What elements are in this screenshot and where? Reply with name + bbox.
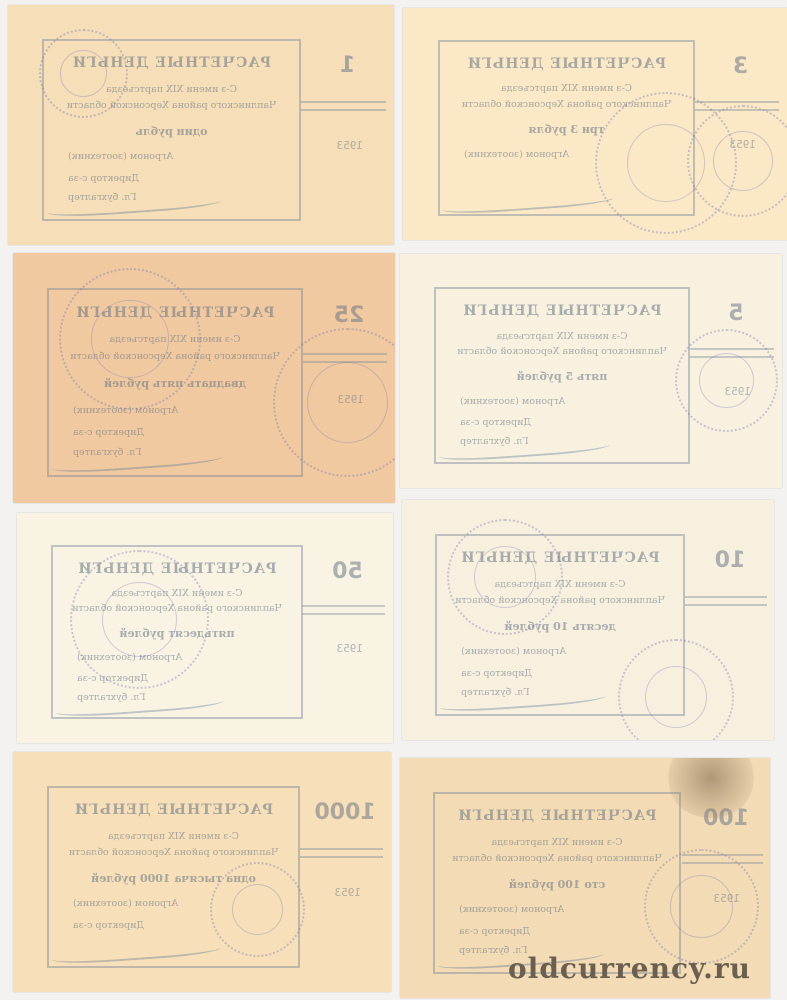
signature-line-1: Агроном (зоотехник) <box>49 405 301 416</box>
denomination-numeral: 1000 <box>307 800 383 825</box>
print-frame: РАСЧЕТНЫЕ ДЕНЬГИ С-з имени XIX партсъезд… <box>434 287 690 464</box>
round-stamp <box>687 105 787 217</box>
signature-line-1: Агроном (зоотехник) <box>44 151 299 162</box>
denomination-numeral: 10 <box>693 548 767 573</box>
signature-line-2: Директор с-за <box>435 926 679 937</box>
denomination-numeral: 1 <box>309 53 386 78</box>
issuer-line-2: Чаплинского района Херсонской области <box>435 853 679 864</box>
signature-line-2: Директор с-за <box>49 427 301 438</box>
banknote-5: РАСЧЕТНЫЕ ДЕНЬГИ С-з имени XIX партсъезд… <box>400 254 782 488</box>
signature-line-1: Агроном (зоотехник) <box>436 396 688 407</box>
note-title: РАСЧЕТНЫЕ ДЕНЬГИ <box>440 56 693 72</box>
banknote-10: РАСЧЕТНЫЕ ДЕНЬГИ С-з имени XIX партсъезд… <box>402 500 774 740</box>
banknote-50: РАСЧЕТНЫЕ ДЕНЬГИ С-з имени XIX партсъезд… <box>17 513 393 743</box>
banknote-1: РАСЧЕТНЫЕ ДЕНЬГИ С-з имени XIX партсъезд… <box>8 5 394 245</box>
side-rule <box>302 605 385 615</box>
denomination-numeral: 50 <box>310 559 385 584</box>
issuer-line-1: С-з имени XIX партсъезда <box>435 837 679 848</box>
denomination-numeral: 3 <box>702 54 779 79</box>
year-text: 1953 <box>337 139 364 152</box>
denomination-numeral: 25 <box>311 303 387 328</box>
signature-line-1: Агроном (зоотехник) <box>435 904 679 915</box>
issuer-line-2: Чаплинского района Херсонской области <box>49 847 298 858</box>
round-stamp <box>70 550 209 689</box>
amount-text: пять 5 рублей <box>436 370 688 383</box>
side-rule <box>685 596 767 606</box>
banknote-3: РАСЧЕТНЫЕ ДЕНЬГИ С-з имени XIX партсъезд… <box>403 8 787 240</box>
note-title: РАСЧЕТНЫЕ ДЕНЬГИ <box>49 802 298 818</box>
amount-text: один рубль <box>44 125 299 138</box>
amount-text: сто 100 рублей <box>435 878 679 891</box>
signature-line-2: Директор с-за <box>436 417 688 428</box>
round-stamp <box>644 849 759 964</box>
denomination-numeral: 5 <box>698 301 774 326</box>
round-stamp <box>39 29 128 118</box>
side-rule <box>301 101 386 111</box>
banknote-1000: РАСЧЕТНЫЕ ДЕНЬГИ С-з имени XIX партсъезд… <box>13 752 391 992</box>
round-stamp <box>59 268 201 410</box>
watermark-text: oldcurrency.ru <box>508 952 751 985</box>
signature-line-2: Директор с-за <box>44 173 299 184</box>
issuer-line-1: С-з имени XIX партсъезда <box>49 831 298 842</box>
round-stamp <box>675 329 778 432</box>
issuer-line-2: Чаплинского района Херсонской области <box>436 346 688 357</box>
issuer-line-1: С-з имени XIX партсъезда <box>436 331 688 342</box>
round-stamp <box>210 862 305 957</box>
year-text: 1953 <box>335 886 362 899</box>
year-text: 1953 <box>337 642 364 655</box>
note-title: РАСЧЕТНЫЕ ДЕНЬГИ <box>436 303 688 319</box>
round-stamp <box>447 519 563 635</box>
banknote-25: РАСЧЕТНЫЕ ДЕНЬГИ С-з имени XIX партсъезд… <box>13 253 395 503</box>
side-rule <box>300 848 383 858</box>
note-title: РАСЧЕТНЫЕ ДЕНЬГИ <box>435 808 679 824</box>
